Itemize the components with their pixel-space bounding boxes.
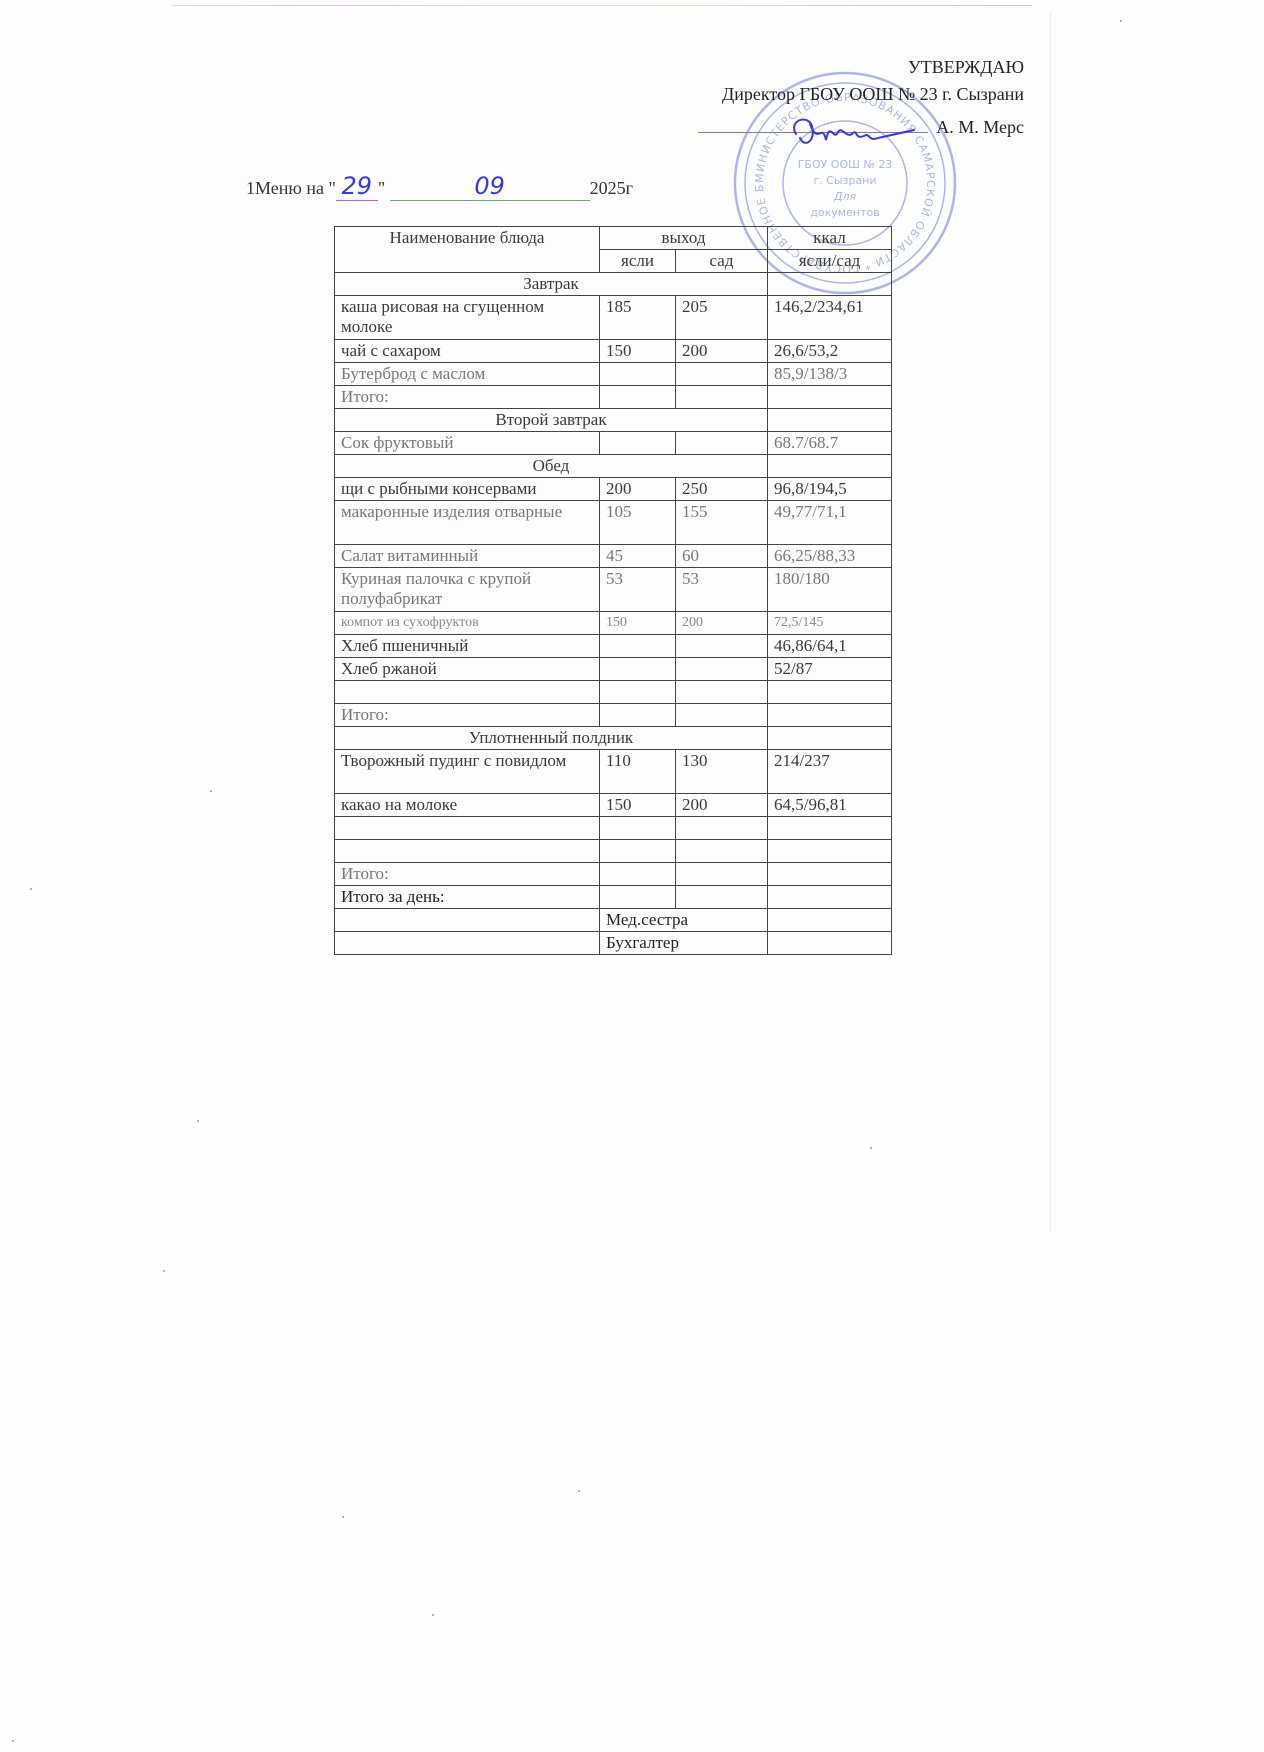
table-row: Итого: — [335, 386, 892, 409]
section-row: Завтрак — [335, 273, 892, 296]
cell-dish — [335, 681, 600, 704]
signature-role: Бухгалтер — [600, 932, 768, 955]
approval-title: УТВЕРЖДАЮ — [698, 54, 1024, 81]
cell-nursery: 200 — [600, 478, 676, 501]
cell-nursery: 105 — [600, 501, 676, 545]
cell-nursery: 150 — [600, 794, 676, 817]
cell-dish: чай с сахаром — [335, 340, 600, 363]
section-title: Завтрак — [335, 273, 768, 296]
table-row — [335, 840, 892, 863]
cell-kcal — [768, 817, 892, 840]
cell-dish — [335, 840, 600, 863]
cell-dish: щи с рыбными консервами — [335, 478, 600, 501]
approval-position: Директор ГБОУ ООШ № 23 г. Сызрани — [698, 81, 1024, 108]
table-row: какао на молоке15020064,5/96,81 — [335, 794, 892, 817]
cell-dish: каша рисовая на сгущенном молоке — [335, 296, 600, 340]
scan-speck — [30, 888, 32, 890]
cell-kcal: 52/87 — [768, 658, 892, 681]
signature-row: Бухгалтер — [335, 932, 892, 955]
cell-kindergarten: 130 — [676, 750, 768, 794]
scan-speck — [578, 1490, 580, 1492]
cell-kcal: 26,6/53,2 — [768, 340, 892, 363]
header-kcal: ккал — [768, 227, 892, 250]
approval-signatory: А. М. Мерс — [936, 117, 1024, 137]
cell-nursery — [600, 386, 676, 409]
table-row: каша рисовая на сгущенном молоке18520514… — [335, 296, 892, 340]
section-kcal-empty — [768, 727, 892, 750]
section-kcal-empty — [768, 273, 892, 296]
cell-kindergarten: 250 — [676, 478, 768, 501]
cell-dish: Хлеб пшеничный — [335, 635, 600, 658]
cell-dish: Хлеб ржаной — [335, 658, 600, 681]
cell-kindergarten: 60 — [676, 545, 768, 568]
cell-nursery: 150 — [600, 340, 676, 363]
signature-role: Мед.сестра — [600, 909, 768, 932]
menu-date-line: 1Меню на "29" 092025г — [246, 172, 633, 201]
cell-kcal — [768, 863, 892, 886]
cell-nursery — [600, 863, 676, 886]
svg-text:Для: Для — [833, 190, 857, 203]
cell-dish: Куриная палочка с крупой полуфабрикат — [335, 568, 600, 612]
cell-nursery — [600, 432, 676, 455]
cell-nursery: 185 — [600, 296, 676, 340]
cell-kindergarten: 200 — [676, 340, 768, 363]
cell-dish: Творожный пудинг с повидлом — [335, 750, 600, 794]
cell-nursery — [600, 635, 676, 658]
cell-nursery: 45 — [600, 545, 676, 568]
cell-kcal: 66,25/88,33 — [768, 545, 892, 568]
day-total-row: Итого за день: — [335, 886, 892, 909]
cell-dish: Итого: — [335, 704, 600, 727]
section-row: Уплотненный полдник — [335, 727, 892, 750]
cell-nursery: 53 — [600, 568, 676, 612]
section-kcal-empty — [768, 409, 892, 432]
cell-kcal — [768, 840, 892, 863]
cell-nursery: 110 — [600, 750, 676, 794]
table-row: щи с рыбными консервами20025096,8/194,5 — [335, 478, 892, 501]
cell-kcal: 85,9/138/3 — [768, 363, 892, 386]
scan-speck — [870, 1147, 872, 1149]
cell-kcal: 46,86/64,1 — [768, 635, 892, 658]
cell-dish — [335, 817, 600, 840]
header-kcal-sub: ясли/сад — [768, 250, 892, 273]
scan-speck — [210, 790, 212, 792]
cell-dish: Сок фруктовый — [335, 432, 600, 455]
table-row: Бутерброд с маслом85,9/138/3 — [335, 363, 892, 386]
section-title: Уплотненный полдник — [335, 727, 768, 750]
cell-nursery — [600, 704, 676, 727]
table-row: Итого: — [335, 863, 892, 886]
scan-speck — [12, 1740, 14, 1742]
day-total-nursery — [600, 886, 676, 909]
table-row — [335, 817, 892, 840]
signature-empty — [335, 909, 600, 932]
cell-dish: Салат витаминный — [335, 545, 600, 568]
menu-table: Наименование блюда выход ккал ясли сад я… — [334, 226, 892, 955]
cell-kindergarten: 205 — [676, 296, 768, 340]
table-row: Хлеб пшеничный46,86/64,1 — [335, 635, 892, 658]
scan-speck — [1120, 20, 1122, 22]
cell-kindergarten: 53 — [676, 568, 768, 612]
table-row: Творожный пудинг с повидлом110130214/237 — [335, 750, 892, 794]
cell-dish: Итого: — [335, 386, 600, 409]
cell-nursery — [600, 817, 676, 840]
signature-value — [768, 909, 892, 932]
scan-speck — [163, 1270, 165, 1272]
cell-kcal: 214/237 — [768, 750, 892, 794]
scan-speck — [342, 1516, 344, 1518]
cell-kcal: 64,5/96,81 — [768, 794, 892, 817]
cell-kcal: 49,77/71,1 — [768, 501, 892, 545]
table-row: макаронные изделия отварные10515549,77/7… — [335, 501, 892, 545]
day-total-kcal — [768, 886, 892, 909]
signature-empty — [335, 932, 600, 955]
header-nursery: ясли — [600, 250, 676, 273]
menu-month: 09 — [474, 172, 505, 200]
cell-kindergarten — [676, 840, 768, 863]
cell-kindergarten — [676, 658, 768, 681]
scan-edge-right — [1050, 12, 1051, 1232]
signature-row: Мед.сестра — [335, 909, 892, 932]
cell-kcal — [768, 704, 892, 727]
cell-kcal: 96,8/194,5 — [768, 478, 892, 501]
cell-dish: Итого: — [335, 863, 600, 886]
cell-dish: компот из сухофруктов — [335, 612, 600, 635]
svg-text:г. Сызрани: г. Сызрани — [813, 174, 876, 187]
cell-kcal: 72,5/145 — [768, 612, 892, 635]
table-row: Салат витаминный456066,25/88,33 — [335, 545, 892, 568]
svg-text:документов: документов — [810, 206, 879, 219]
cell-kindergarten — [676, 704, 768, 727]
cell-nursery — [600, 840, 676, 863]
signature-value — [768, 932, 892, 955]
table-row: Итого: — [335, 704, 892, 727]
cell-dish: макаронные изделия отварные — [335, 501, 600, 545]
scan-speck — [432, 1614, 434, 1616]
cell-kindergarten: 200 — [676, 612, 768, 635]
cell-kindergarten — [676, 863, 768, 886]
section-title: Обед — [335, 455, 768, 478]
day-total-kindergarten — [676, 886, 768, 909]
cell-nursery: 150 — [600, 612, 676, 635]
cell-kcal: 68.7/68.7 — [768, 432, 892, 455]
cell-nursery — [600, 658, 676, 681]
cell-nursery — [600, 363, 676, 386]
menu-day: 29 — [342, 172, 373, 200]
cell-kindergarten — [676, 386, 768, 409]
section-row: Обед — [335, 455, 892, 478]
cell-kcal: 180/180 — [768, 568, 892, 612]
scan-speck — [197, 1120, 199, 1122]
table-row: компот из сухофруктов15020072,5/145 — [335, 612, 892, 635]
header-kindergarten: сад — [676, 250, 768, 273]
table-row: чай с сахаром15020026,6/53,2 — [335, 340, 892, 363]
table-row: Куриная палочка с крупой полуфабрикат535… — [335, 568, 892, 612]
day-total-label: Итого за день: — [335, 886, 600, 909]
cell-kindergarten: 200 — [676, 794, 768, 817]
cell-nursery — [600, 681, 676, 704]
cell-kindergarten — [676, 635, 768, 658]
scan-edge-top — [172, 5, 1032, 6]
table-row: Сок фруктовый68.7/68.7 — [335, 432, 892, 455]
cell-kindergarten — [676, 432, 768, 455]
signature-icon — [786, 112, 916, 152]
cell-kcal — [768, 386, 892, 409]
svg-text:ГБОУ ООШ № 23: ГБОУ ООШ № 23 — [798, 158, 893, 171]
table-header-row: Наименование блюда выход ккал — [335, 227, 892, 250]
header-output: выход — [600, 227, 768, 250]
section-kcal-empty — [768, 455, 892, 478]
cell-kcal: 146,2/234,61 — [768, 296, 892, 340]
cell-dish: какао на молоке — [335, 794, 600, 817]
menu-year: 2025г — [590, 178, 633, 198]
section-title: Второй завтрак — [335, 409, 768, 432]
table-row — [335, 681, 892, 704]
cell-kcal — [768, 681, 892, 704]
cell-kindergarten — [676, 363, 768, 386]
header-dish: Наименование блюда — [335, 227, 600, 273]
section-row: Второй завтрак — [335, 409, 892, 432]
cell-kindergarten — [676, 681, 768, 704]
table-row: Хлеб ржаной52/87 — [335, 658, 892, 681]
cell-kindergarten — [676, 817, 768, 840]
cell-kindergarten: 155 — [676, 501, 768, 545]
cell-dish: Бутерброд с маслом — [335, 363, 600, 386]
menu-quote: " — [378, 178, 385, 198]
menu-prefix: 1Меню на " — [246, 178, 336, 198]
